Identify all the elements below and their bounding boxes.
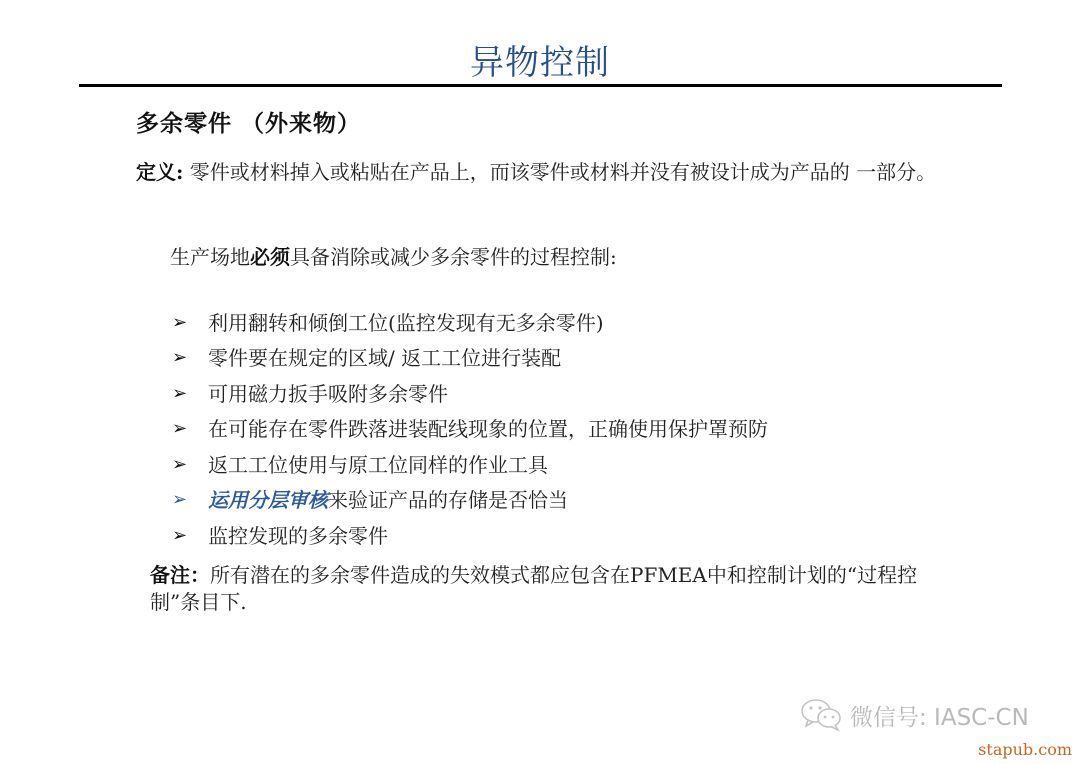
- note-text: 所有潜在的多余零件造成的失效模式都应包含在PFMEA中和控制计划的“过程控制”条…: [150, 563, 917, 614]
- list-item: ➢ 监控发现的多余零件: [172, 518, 768, 554]
- wechat-icon: [800, 698, 844, 732]
- list-item-text: 零件要在规定的区域/ 返工工位进行装配: [208, 341, 561, 375]
- arrow-bullet-icon: ➢: [172, 412, 208, 446]
- arrow-bullet-icon: ➢: [172, 341, 208, 375]
- requirement-emphasis: 必须: [250, 245, 290, 269]
- definition-label: 定义:: [136, 160, 183, 184]
- list-item-text: 监控发现的多余零件: [208, 519, 388, 553]
- list-item-text: 利用翻转和倾倒工位(监控发现有无多余零件): [208, 306, 604, 340]
- list-item: ➢ 零件要在规定的区域/ 返工工位进行装配: [172, 341, 768, 377]
- list-item-text: 返工工位使用与原工位同样的作业工具: [208, 448, 548, 482]
- arrow-bullet-icon: ➢: [172, 448, 208, 482]
- list-item: ➢ 返工工位使用与原工位同样的作业工具: [172, 447, 768, 483]
- list-item: ➢ 运用分层审核来验证产品的存储是否恰当: [172, 483, 768, 519]
- control-measures-list: ➢ 利用翻转和倾倒工位(监控发现有无多余零件) ➢ 零件要在规定的区域/ 返工工…: [172, 305, 768, 554]
- requirement-text-before: 生产场地: [170, 245, 250, 269]
- definition-paragraph: 定义: 零件或材料掉入或粘贴在产品上，而该零件或材料并没有被设计成为产品的 一部…: [136, 158, 956, 187]
- site-credit: stapub.com: [978, 740, 1072, 759]
- list-item-text: 在可能存在零件跌落进装配线现象的位置，正确使用保护罩预防: [208, 412, 768, 446]
- section-heading: 多余零件 （外来物）: [136, 106, 361, 142]
- watermark-text: 微信号: IASC-CN: [850, 699, 1029, 732]
- list-item: ➢ 可用磁力扳手吸附多余零件: [172, 376, 768, 412]
- list-item: ➢ 利用翻转和倾倒工位(监控发现有无多余零件): [172, 305, 768, 341]
- arrow-bullet-icon: ➢: [172, 377, 208, 411]
- requirement-statement: 生产场地必须具备消除或减少多余零件的过程控制:: [170, 242, 617, 272]
- requirement-text-after: 具备消除或减少多余零件的过程控制:: [290, 245, 617, 269]
- arrow-bullet-icon: ➢: [172, 306, 208, 340]
- arrow-bullet-icon: ➢: [172, 483, 208, 517]
- list-item: ➢ 在可能存在零件跌落进装配线现象的位置，正确使用保护罩预防: [172, 412, 768, 448]
- layered-audit-emphasis: 运用分层审核: [208, 483, 328, 517]
- list-item-text: 来验证产品的存储是否恰当: [328, 483, 568, 517]
- note-paragraph: 备注：所有潜在的多余零件造成的失效模式都应包含在PFMEA中和控制计划的“过程控…: [150, 562, 950, 616]
- slide-title: 异物控制: [0, 40, 1080, 86]
- wechat-watermark: 微信号: IASC-CN: [800, 698, 1029, 732]
- definition-text: 零件或材料掉入或粘贴在产品上，而该零件或材料并没有被设计成为产品的 一部分。: [183, 160, 936, 184]
- arrow-bullet-icon: ➢: [172, 519, 208, 553]
- note-label: 备注：: [150, 563, 210, 587]
- title-divider: [79, 84, 1002, 87]
- list-item-text: 可用磁力扳手吸附多余零件: [208, 377, 448, 411]
